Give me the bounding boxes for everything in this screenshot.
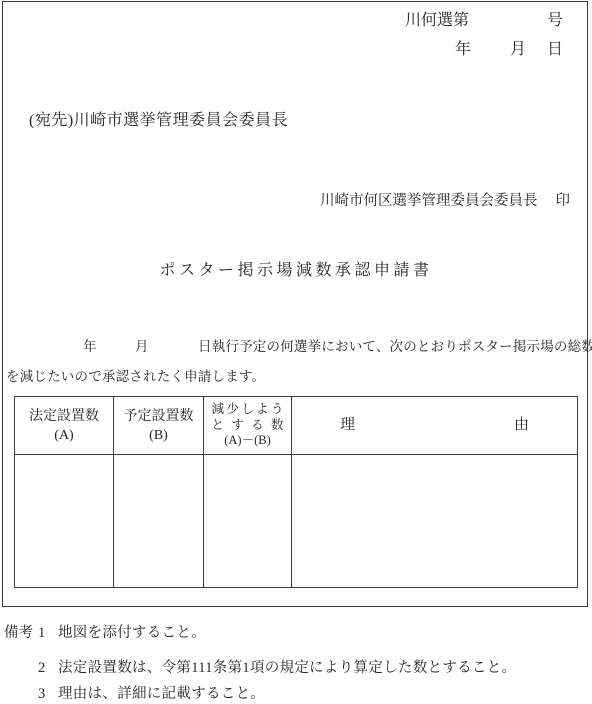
header-planned-count-line2: (B) <box>149 426 168 445</box>
cell-reason <box>291 455 577 587</box>
sender-line: 川崎市何区選挙管理委員会委員長印 <box>320 192 570 210</box>
header-reduction-line3: (A)－(B) <box>224 433 271 449</box>
body-line1-rest: 日執行予定の何選挙において、次のとおりポスター掲示場の総数 <box>198 339 592 356</box>
doc-number-prefix: 川何選第 <box>405 11 469 31</box>
header-reduction-count: 減少しよう とする数 (A)－(B) <box>203 397 291 455</box>
note-2-number: 2 <box>38 659 45 677</box>
notes-label: 備考 <box>4 624 33 642</box>
body-year-label: 年 <box>83 339 97 356</box>
note-3-text: 理由は、詳細に記載すること。 <box>58 685 265 703</box>
form-title: ポスター掲示場減数承認申請書 <box>159 261 432 281</box>
header-planned-count: 予定設置数 (B) <box>113 397 203 455</box>
body-month-label: 月 <box>135 339 149 356</box>
date-day-label: 日 <box>547 40 563 60</box>
body-line2: を減じたいので承認されたく申請します。 <box>6 369 265 386</box>
header-reason: 理 由 <box>291 397 577 455</box>
note-1-text: 地図を添付すること。 <box>58 624 206 642</box>
cell-legal-count <box>15 455 113 587</box>
date-month-label: 月 <box>510 40 526 60</box>
reduction-table: 法定設置数 (A) 予定設置数 (B) 減少しよう とする数 (A)－(B) 理… <box>14 396 578 588</box>
header-legal-count-line2: (A) <box>54 426 73 445</box>
header-reason-left: 理 <box>340 416 355 435</box>
note-2-text: 法定設置数は、令第111条第1項の規定により算定した数とすること。 <box>58 659 516 677</box>
cell-reduction-count <box>203 455 291 587</box>
doc-number-suffix: 号 <box>547 11 563 31</box>
header-legal-count: 法定設置数 (A) <box>15 397 113 455</box>
addressee-line: (宛先)川崎市選挙管理委員会委員長 <box>29 111 288 131</box>
date-year-label: 年 <box>455 40 471 60</box>
cell-planned-count <box>113 455 203 587</box>
header-reduction-line1: 減少しよう <box>212 402 284 418</box>
seal-mark: 印 <box>556 193 571 209</box>
header-reason-right: 由 <box>514 416 529 435</box>
header-legal-count-line1: 法定設置数 <box>29 407 99 426</box>
header-reduction-line2: とする数 <box>212 418 284 434</box>
sender-name: 川崎市何区選挙管理委員会委員長 <box>320 193 538 209</box>
note-1-number: 1 <box>38 624 45 642</box>
note-3-number: 3 <box>38 685 45 703</box>
header-planned-count-line1: 予定設置数 <box>124 407 194 426</box>
